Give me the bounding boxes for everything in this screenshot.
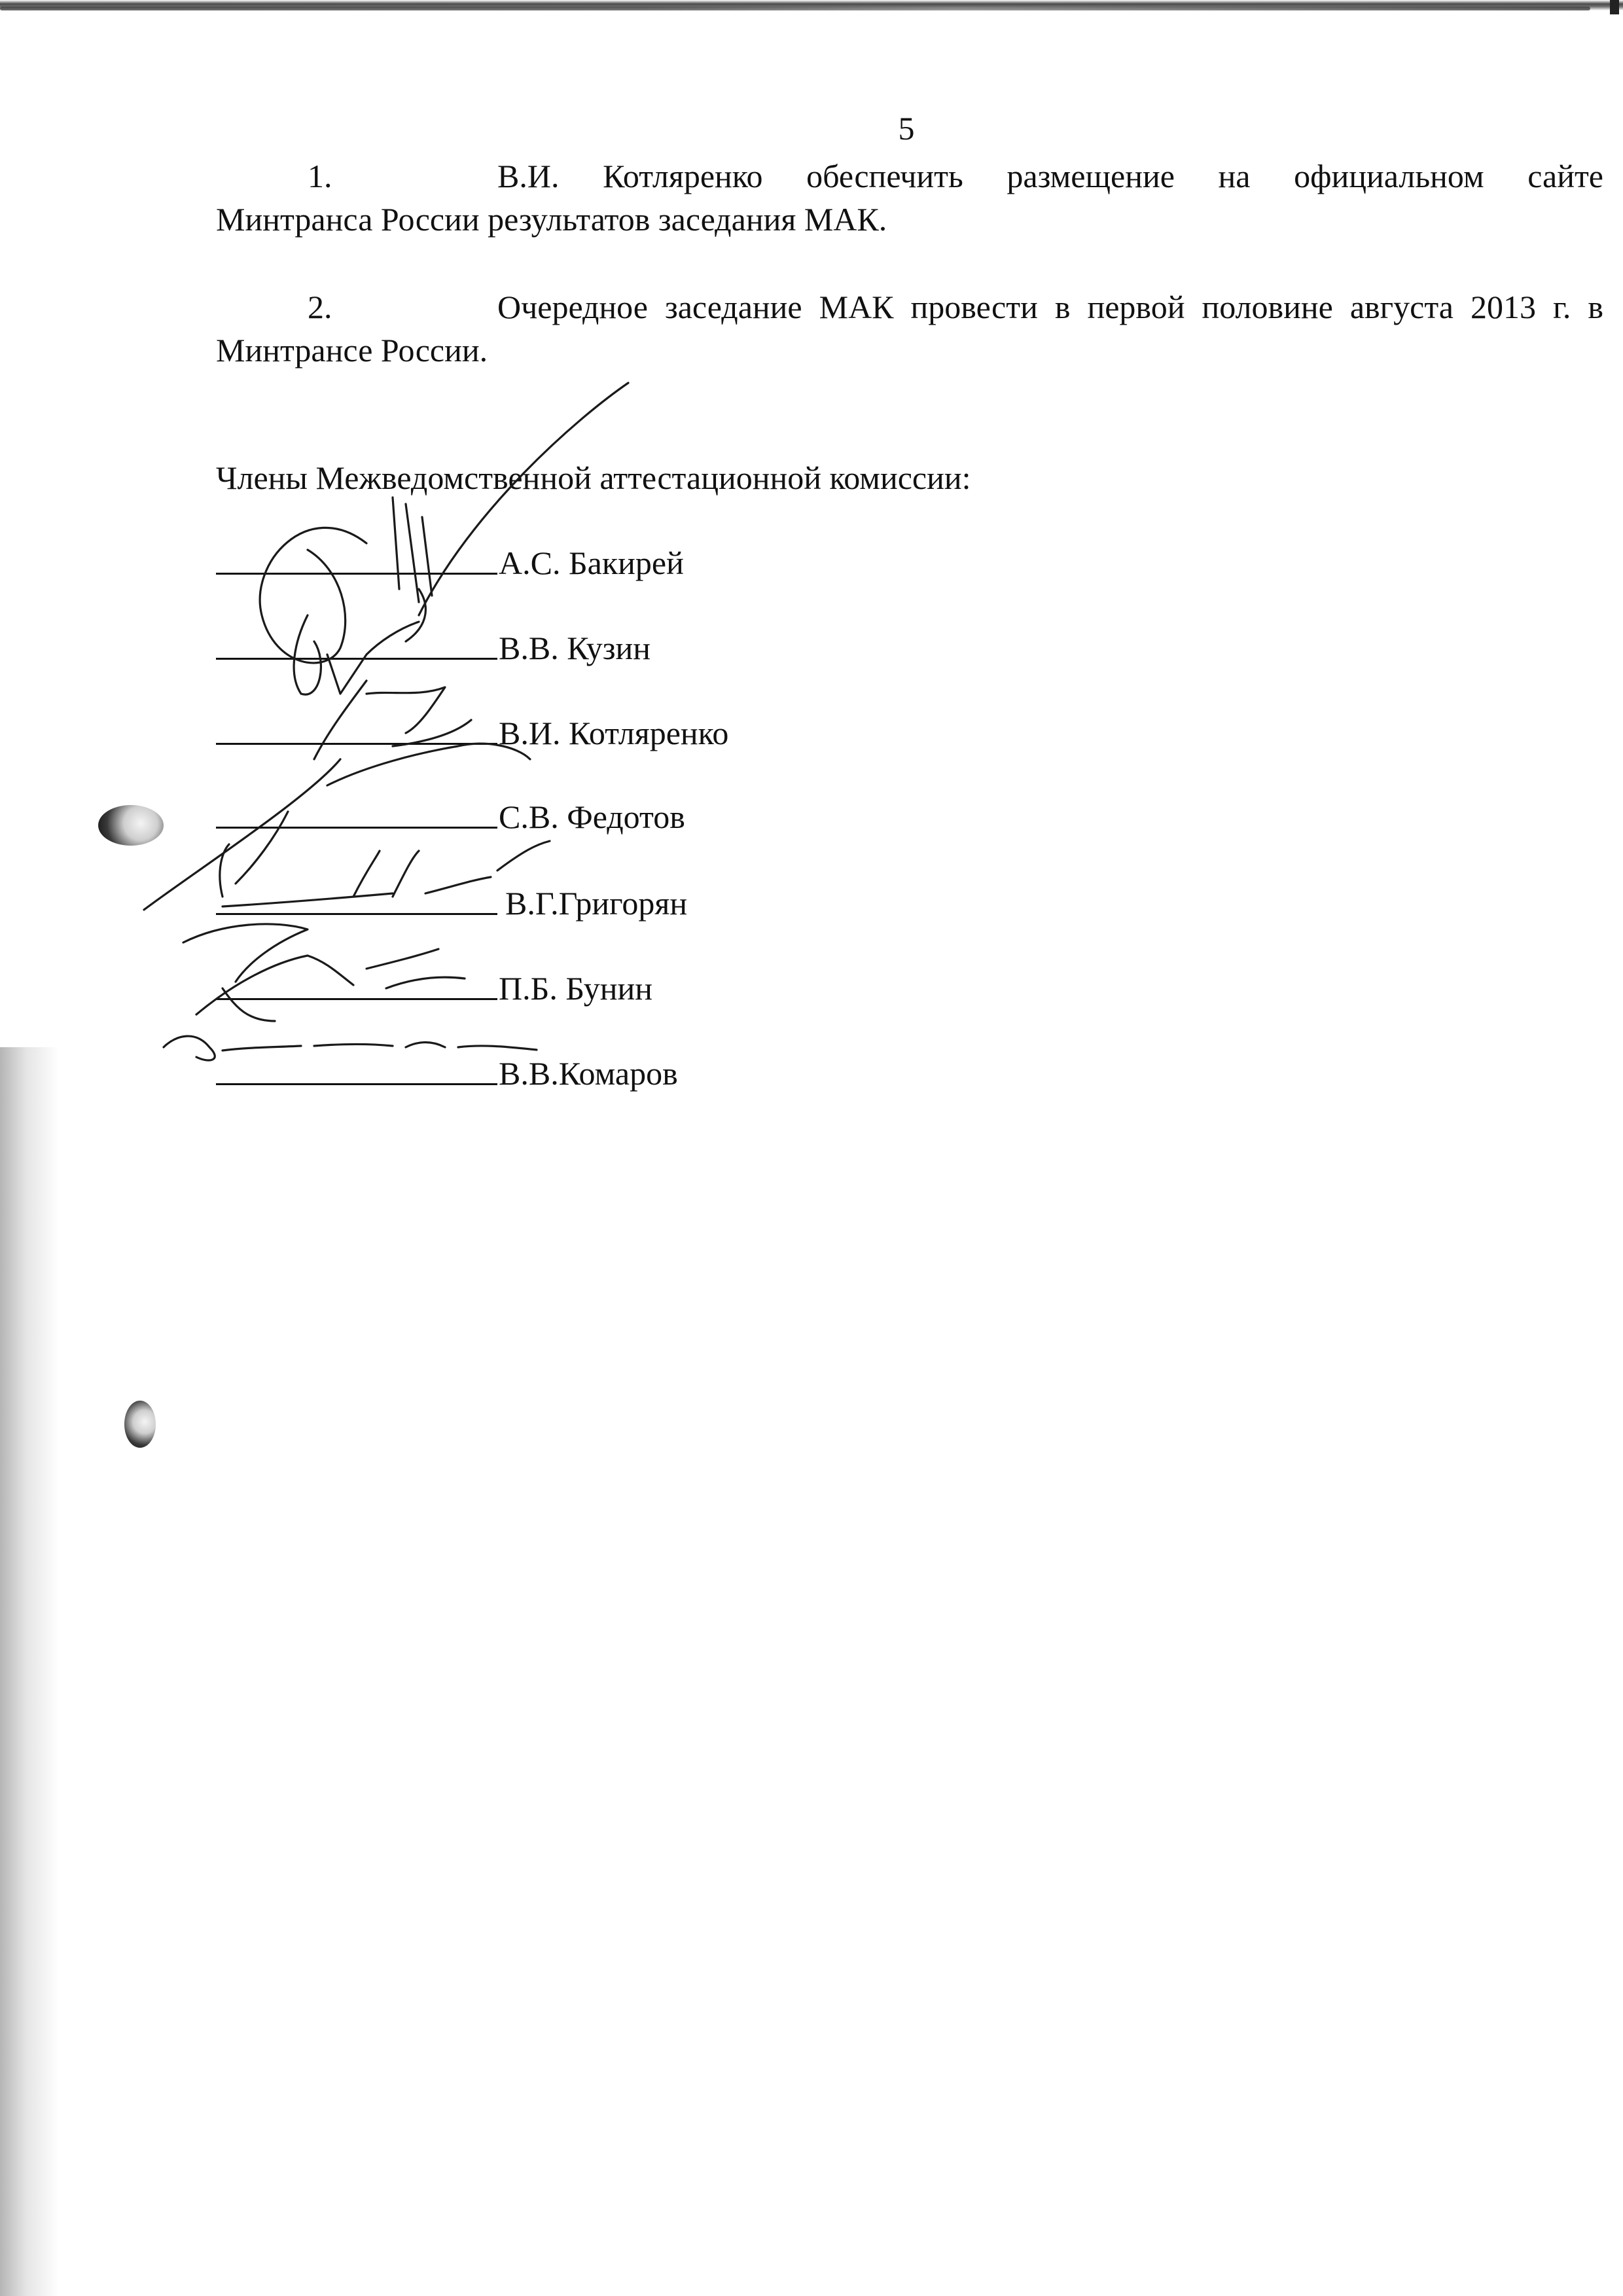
page-number: 5 — [0, 110, 1623, 147]
signature-row: С.В. Федотов — [216, 795, 685, 836]
signature-bakirey — [260, 383, 628, 663]
signatory-name: В.В. Кузин — [499, 628, 651, 668]
item-text: Очередное заседание МАК провести в перво… — [497, 289, 1603, 325]
punch-hole-lower — [124, 1401, 156, 1448]
signatory-name: С.В. Федотов — [499, 797, 685, 836]
signature-row: П.Б. Бунин — [216, 966, 652, 1008]
signature-line — [216, 997, 497, 1000]
resolution-item-1: 1.В.И. Котляренко обеспечить размещение … — [216, 154, 1603, 241]
signature-line — [216, 1083, 497, 1085]
signature-row: В.В.Комаров — [216, 1051, 678, 1093]
commission-members-heading: Члены Межведомственной аттестационной ко… — [216, 458, 971, 497]
resolution-item-2-continuation: Минтрансе России. — [216, 329, 1603, 372]
signature-row: В.В. Кузин — [216, 626, 651, 668]
scan-corner-mark — [1610, 0, 1619, 14]
item-text: В.И. Котляренко обеспечить размещение на… — [497, 158, 1603, 194]
signature-line — [216, 826, 497, 829]
signature-line — [216, 572, 497, 575]
scan-edge-shadow-top — [0, 0, 1623, 26]
signature-row: В.Г.Григорян — [216, 881, 687, 923]
signature-row: В.И. Котляренко — [216, 711, 728, 753]
signatory-name: В.И. Котляренко — [499, 713, 728, 753]
scan-edge-line-top — [0, 7, 1590, 10]
resolution-item-1-continuation: Минтранса России результатов заседания М… — [216, 198, 1603, 241]
scan-edge-shadow-left — [0, 1047, 59, 2296]
resolution-item-2-first-line: 2.Очередное заседание МАК провести в пер… — [216, 285, 1603, 329]
signatory-name: В.Г.Григорян — [505, 884, 687, 923]
resolution-item-2: 2.Очередное заседание МАК провести в пер… — [216, 285, 1603, 372]
item-number: 1. — [308, 154, 497, 198]
signature-row: А.С. Бакирей — [216, 541, 684, 583]
signatory-name: В.В.Комаров — [499, 1054, 678, 1093]
signatory-name: А.С. Бакирей — [499, 543, 684, 583]
signature-line — [216, 742, 497, 745]
signature-line — [216, 912, 497, 915]
resolution-item-1-first-line: 1.В.И. Котляренко обеспечить размещение … — [216, 154, 1603, 198]
item-number: 2. — [308, 285, 497, 329]
punch-hole-upper — [98, 805, 164, 846]
signatory-name: П.Б. Бунин — [499, 969, 652, 1008]
signature-line — [216, 657, 497, 660]
